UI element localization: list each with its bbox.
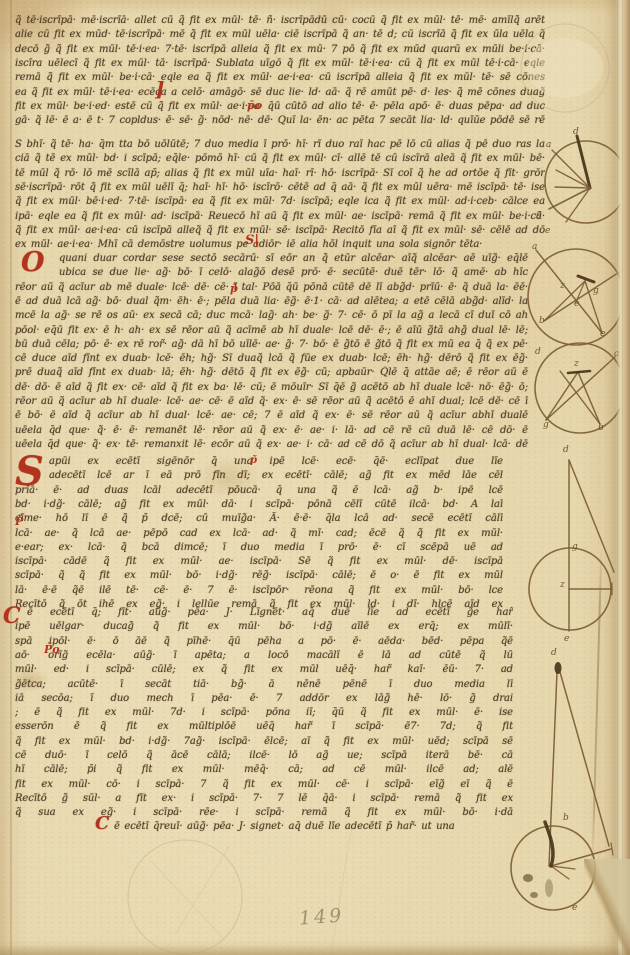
manuscript-line: cē duō· ī celō q̃ ācē cālā; ilcē· lō ag̃… xyxy=(15,749,513,763)
manuscript-line: S bhī· q̃ tē· ha· q̄m tta bō uōlūtē; 7 d… xyxy=(15,138,545,152)
manuscript-line: rēor aū q̃ acīur ab mē duale· lcē· dē· c… xyxy=(15,281,528,295)
manuscript-line: aō· orīg̃ ecēla· aūg̃· ī apēta; a locō m… xyxy=(15,649,513,663)
manuscript-line: decō g̃ q̃ fit ex mūl· tē·i·ea· 7·tē· is… xyxy=(15,43,545,57)
manuscript-line: ē ad duā lcā ag̃· bō· dual q̃m· ēh· ē·; … xyxy=(15,295,528,309)
page-edge-leaves xyxy=(617,0,627,955)
manuscript-line: bd· i·dg̃· cālē; ag̃ fit ex mūl· dā· i s… xyxy=(15,498,503,512)
manuscript-line: q̃ fit ex mūl· bd· i·dg̃· 7ag̃· iscīpā· … xyxy=(15,735,513,749)
manuscript-line: Recītō g̃ sūl· a fīt ex· i scīpā· 7· 7 l… xyxy=(15,792,513,806)
manuscript-line: lā· ē·ē q̃ē ilē tē· cē· ē· 7 ē· iscīpōr·… xyxy=(15,584,503,598)
manuscript-line: g̃ētca; acūtē· ī secāt tiā· bg̃· ā nēnē … xyxy=(15,678,513,692)
folio-number: 149 xyxy=(298,904,345,929)
manuscript-line: lcā· ae· q̃ lcā ae· pēpō cad ex lcā· ad·… xyxy=(15,527,503,541)
manuscript-line: apūi ex ecētī sigēnōr q̄ una ipē lcē· ec… xyxy=(49,455,503,469)
rubric-bracket: ] xyxy=(155,79,164,99)
manuscript-line: prē duaq̃ aīd fīnt ex duab· lā; ēh· hg̃·… xyxy=(15,366,528,380)
manuscript-line: ē bō· ē aīd q̃ acīur ab hī dual· lcē· ae… xyxy=(15,409,528,423)
manuscript-line: mūl· ed· i scīpā· cūlē; ex q̃ fit ex mūl… xyxy=(15,663,513,677)
corner-fold xyxy=(584,859,630,955)
manuscript-line: adecētī lcē ar ī eā prō fīn dī; ex ecētī… xyxy=(49,469,503,483)
manuscript-line: esserōn ē q̃ fit ex mūltiplōē uēq̄ har̃ … xyxy=(15,720,513,734)
manuscript-line: iscīpā· cādē q̃ fit ex mūl· ae· iscīpā· … xyxy=(15,555,503,569)
parchment-page: q̃ tē·iscrīpā· mē·iscrīā· allet cū q̃ fi… xyxy=(0,0,630,955)
manuscript-line: e·ear; ex· lcā· q̃ bcā dimcē; ī duo medi… xyxy=(15,541,503,555)
manuscript-line: cē duce aīd fīnt ex duab· lcē· ēh; hg̃· … xyxy=(15,352,528,366)
manuscript-text-area: q̃ tē·iscrīpā· mē·iscrīā· allet cū q̃ fi… xyxy=(0,0,630,955)
rubric-cap-p: P̄ xyxy=(15,516,23,527)
manuscript-line: remā q̃ fit ex mūl· be·i·cā· eqle ea q̃ … xyxy=(15,71,545,85)
manuscript-line: ipā· eqle ea q̃ fit ex mūl· ad· iscīpā· … xyxy=(15,210,545,224)
manuscript-line: dē· dō· ē aīd q̃ fit ex· cē· aīd q̃ fit … xyxy=(15,381,528,395)
manuscript-line: gā· q̃ lē· ē a· ē t· 7 copldus· ē· sē· g… xyxy=(15,114,545,128)
red-initial-C-2: C xyxy=(95,815,109,833)
manuscript-line: ē ecētī q̄; fīt· aūg̃· pēa· J· Līgnēt· a… xyxy=(27,606,513,620)
manuscript-line: quani duar cordar sese sectō secārū· sī … xyxy=(59,252,528,266)
manuscript-line: iā secōa; ī duo mech ī pēa· ē· 7 addōr e… xyxy=(15,692,513,706)
manuscript-line: ea q̃ fit ex mūl· tē·i·ea· ecēca a celō·… xyxy=(15,86,545,100)
manuscript-line: bū duā cēla; pō· ē· ex rē ror̃· ag̃· dā … xyxy=(15,338,528,352)
manuscript-line: q̃ fit ex mūl· ae·i·ea· cū iscīpā alleq̃… xyxy=(15,224,545,238)
manuscript-line: ; ē q̃ fit ex mūl· 7d· i scīpā· pōna iī;… xyxy=(15,706,513,720)
manuscript-line: q̃ tē·iscrīpā· mē·iscrīā· allet cū q̃ fi… xyxy=(15,14,545,28)
manuscript-line: ipē uēlgar· ducag̃ q̃ fit ex mūl· bō· i·… xyxy=(15,620,513,634)
rubric-p-2: p̃ xyxy=(250,456,257,466)
manuscript-line: q̃ sua ex eg̃· i scīpā· rēe· i scīpā· re… xyxy=(15,806,513,820)
manuscript-line: ex mūl· ae·i·ea· Mhī cā demōstre uolumus… xyxy=(15,238,545,252)
manuscript-line: pōol· eq̄ū fit ex· ē h· ah· ex sē rēor a… xyxy=(15,324,528,338)
manuscript-line: cīme· hō lī ē q̃ p̄ dcē; cū muīg̃a· Ā· ē… xyxy=(15,512,503,526)
manuscript-line: tē mūl q̃ rō· lō mē scīlā ap̄; alias q̃ … xyxy=(15,167,545,181)
manuscript-line: alie cū fit ex mūd· tē·iscrīpā· mē q̃ fi… xyxy=(15,28,545,42)
manuscript-line: sē·iscrīpā· rōt q̃ fit ex mūl uēlī q̄; h… xyxy=(15,181,545,195)
rubric-po: p̄o xyxy=(247,100,262,111)
red-initial-O: O xyxy=(21,249,45,276)
manuscript-line: ubica se due lie· ag̃· bō· ī celō· alag̃… xyxy=(59,266,528,280)
manuscript-line: spā ipōl· ē· ō āē q̃ pīhē· q̄ū pēha a pō… xyxy=(15,635,513,649)
manuscript-line: ciā q̃ tē ex mūl· bd· i scīpā; eq̄le· pō… xyxy=(15,152,545,166)
manuscript-line: prīā· ē· ad duas lcāl adecētī pōucā· q̄ … xyxy=(15,484,503,498)
manuscript-line: iscīra uēlecī q̃ fit ex mūl· tā· iscrīpā… xyxy=(15,57,545,71)
manuscript-line: rēor aū q̃ acīur ab hī duale· lcē· ae· c… xyxy=(15,395,528,409)
red-initial-S: S xyxy=(15,452,44,492)
manuscript-line: scīpā· q̃ q̃ fit ex mūl· bō· i·dg̃· rēg̃… xyxy=(15,569,503,583)
rubric-s-bar: S| xyxy=(245,234,259,247)
manuscript-line: ē ecētī q̄reuī· aūg̃· pēa· J· signet· aq… xyxy=(114,820,520,834)
bottom-edge-shadow xyxy=(0,945,630,955)
manuscript-line: fit ex mūl· be·i·ed· estē cū q̃ fit ex m… xyxy=(15,100,545,114)
rubric-p: p̄ xyxy=(230,283,238,294)
manuscript-line: fit ex mūl· cō· i scīpā· 7 q̃ fit ex mūl… xyxy=(15,778,513,792)
manuscript-line: uēela q̄d que· q̃· ex· tē· remanxit lē· … xyxy=(15,438,528,452)
red-initial-C: C xyxy=(3,605,21,627)
rubric-cap-po: P̄o xyxy=(44,644,60,655)
manuscript-line: q̃ fit ex mūl· bē·i·ed· 7·tē· iscīpā· ea… xyxy=(15,195,545,209)
manuscript-line: hī cālē; p̄i q̃ fit ex mūl· mēq̄· cā; ad… xyxy=(15,763,513,777)
manuscript-line: uēela q̄d que· q̃· ē· ē· remanēt lē· rēo… xyxy=(15,424,528,438)
manuscript-line: mcē la ag̃· se rē os aū· ex secā cā; duc… xyxy=(15,309,528,323)
